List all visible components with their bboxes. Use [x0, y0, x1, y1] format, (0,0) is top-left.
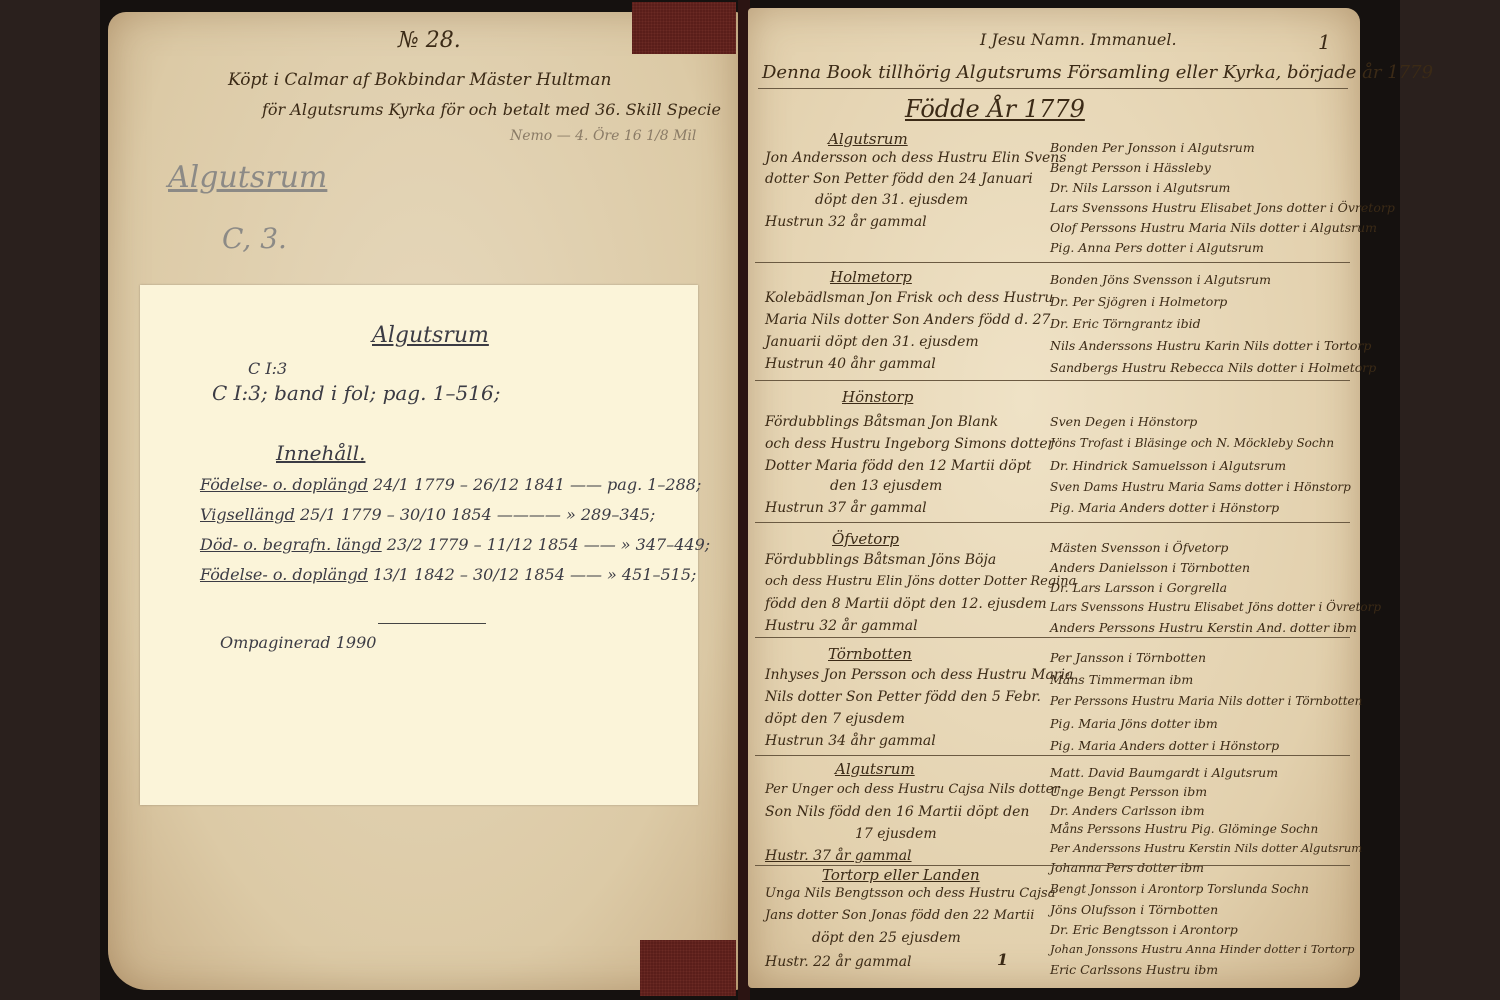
entry-age-line: Hustrun 40 åhr gammal — [765, 356, 936, 372]
entry-godparent: Pig. Maria Anders dotter i Hönstorp — [1050, 738, 1279, 753]
binding-corner-bottom — [640, 940, 736, 996]
entry-godparent: Nils Anderssons Hustru Karin Nils dotter… — [1050, 338, 1371, 353]
entry-godparent: Jöns Olufsson i Törnbotten — [1050, 902, 1218, 917]
entry-godparent: Eric Carlssons Hustru ibm — [1050, 962, 1218, 977]
entry-godparent: Dr. Eric Bengtsson i Arontorp — [1050, 922, 1238, 937]
entry-divider — [755, 262, 1350, 263]
entry-age-line: Hustr. 37 år gammal — [765, 848, 912, 864]
entry-godparent: Bonden Jöns Svensson i Algutsrum — [1050, 272, 1271, 287]
heading-rule — [758, 88, 1348, 89]
entry-godparent: Bonden Per Jonsson i Algutsrum — [1050, 140, 1255, 155]
contents-row: Död- o. begrafn. längd 23/2 1779 – 11/12… — [200, 535, 710, 554]
entry-godparent: Pig. Maria Anders dotter i Hönstorp — [1050, 500, 1279, 515]
contents-from: 23/2 1779 — [387, 535, 469, 554]
entry-baptism-line: döpt den 31. ejusdem — [815, 192, 968, 208]
entry-godparent: Jöns Trofast i Bläsinge och N. Möckleby … — [1050, 436, 1334, 450]
entry-godparent: Dr. Anders Carlsson ibm — [1050, 803, 1205, 818]
entry-godparent: Måns Timmerman ibm — [1050, 672, 1193, 687]
contents-title: Död- o. begrafn. längd — [200, 535, 382, 554]
entry-godparent: Pig. Anna Pers dotter i Algutsrum — [1050, 240, 1264, 255]
entry-godparent: Johan Jonssons Hustru Anna Hinder dotter… — [1050, 942, 1355, 956]
entry-child-line: dotter Son Petter född den 24 Januari — [765, 171, 1033, 187]
entry-godparent: Sven Dams Hustru Maria Sams dotter i Hön… — [1050, 480, 1351, 494]
entry-child-line: Son Nils född den 16 Martii döpt den — [765, 804, 1029, 820]
entry-place: Algutsrum — [828, 130, 908, 148]
contents-title: Födelse- o. doplängd — [200, 565, 368, 584]
volume-number: № 28. — [398, 28, 461, 53]
contents-to: 30/10 1854 — [400, 505, 492, 524]
entry-child-line: och dess Hustru Elin Jöns dotter Dotter … — [765, 574, 1076, 589]
page-number: 1 — [1318, 30, 1331, 54]
footer-page-number: 1 — [997, 950, 1008, 969]
entry-place: Algutsrum — [835, 760, 915, 778]
entry-age-line: Hustrun 34 åhr gammal — [765, 733, 936, 749]
entry-godparent: Unge Bengt Persson ibm — [1050, 784, 1207, 799]
entry-divider — [755, 380, 1350, 381]
contents-to: 30/12 1854 — [473, 565, 565, 584]
entry-godparent: Per Jansson i Törnbotten — [1050, 650, 1206, 665]
card-divider — [378, 623, 486, 624]
entry-godparent: Anders Danielsson i Törnbotten — [1050, 560, 1250, 575]
entry-godparent: Sandbergs Hustru Rebecca Nils dotter i H… — [1050, 360, 1376, 375]
contents-to: 11/12 1854 — [487, 535, 579, 554]
entry-baptism-line: döpt den 7 ejusdem — [765, 711, 905, 727]
entry-godparent: Pig. Maria Jöns dotter ibm — [1050, 716, 1218, 731]
entry-age-line: Hustru 32 år gammal — [765, 618, 918, 634]
entry-parents-line: Kolebädlsman Jon Frisk och dess Hustru — [765, 290, 1053, 306]
entry-divider — [755, 637, 1350, 638]
contents-pages: » 451–515; — [607, 565, 696, 584]
price-note: Nemo — 4. Öre 16 1/8 Mil — [510, 128, 696, 144]
contents-row: Vigsellängd 25/1 1779 – 30/10 1854 ———— … — [200, 505, 655, 524]
entry-godparent: Dr. Eric Törngrantz ibid — [1050, 316, 1201, 331]
card-contents-heading: Innehåll. — [276, 441, 365, 465]
contents-to: 26/12 1841 — [473, 475, 565, 494]
entry-godparent: Anders Perssons Hustru Kerstin And. dott… — [1050, 620, 1357, 635]
entry-child-line: Maria Nils dotter Son Anders född d. 27. — [765, 312, 1055, 328]
entry-godparent: Mästen Svensson i Öfvetorp — [1050, 540, 1228, 555]
register-heading: Denna Book tillhörig Algutsrums Församli… — [762, 62, 1433, 83]
entry-godparent: Per Perssons Hustru Maria Nils dotter i … — [1050, 694, 1362, 708]
entry-godparent: Johanna Pers dotter ibm — [1050, 860, 1204, 875]
contents-from: 13/1 1842 — [373, 565, 455, 584]
entry-godparent: Dr. Lars Larsson i Gorgrella — [1050, 580, 1227, 595]
card-repagination-note: Ompaginerad 1990 — [220, 633, 376, 652]
entry-godparent: Dr. Hindrick Samuelsson i Algutsrum — [1050, 458, 1286, 473]
contents-pages: pag. 1–288; — [607, 475, 701, 494]
invocation: I Jesu Namn. Immanuel. — [980, 30, 1177, 49]
contents-from: 24/1 1779 — [373, 475, 455, 494]
card-title: Algutsrum — [372, 323, 489, 348]
entry-godparent: Bengt Jonsson i Arontorp Torslunda Sochn — [1050, 882, 1309, 896]
entry-child-line: Nils dotter Son Petter född den 5 Febr. — [765, 689, 1041, 705]
entry-divider — [755, 522, 1350, 523]
contents-title: Födelse- o. doplängd — [200, 475, 368, 494]
entry-godparent: Lars Svenssons Hustru Elisabet Jons dott… — [1050, 200, 1395, 215]
entry-godparent: Dr. Nils Larsson i Algutsrum — [1050, 180, 1230, 195]
entry-baptism-line: Januarii döpt den 31. ejusdem — [765, 334, 979, 350]
entry-place: Tortorp eller Landen — [822, 866, 980, 884]
entry-place: Hönstorp — [842, 388, 913, 406]
entry-divider — [755, 755, 1350, 756]
entry-baptism-line: 17 ejusdem — [855, 826, 937, 842]
entry-age-line: Hustrun 37 år gammal — [765, 500, 927, 516]
pencil-shelfmark: C, 3. — [222, 222, 287, 255]
archive-label-card: Algutsrum C I:3 C I:3; band i fol; pag. … — [140, 285, 698, 805]
entry-age-line: Hustrun 32 år gammal — [765, 214, 927, 230]
purchase-note-line-1: Köpt i Calmar af Bokbindar Mäster Hultma… — [228, 70, 611, 90]
entry-baptism-line: döpt den 25 ejusdem — [812, 930, 961, 946]
entry-parents-line: Fördubblings Båtsman Jon Blank — [765, 414, 998, 430]
entry-age-line: Hustr. 22 år gammal — [765, 954, 912, 970]
entry-place: Holmetorp — [830, 268, 912, 286]
entry-godparent: Måns Perssons Hustru Pig. Glöminge Sochn — [1050, 822, 1318, 836]
contents-pages: » 289–345; — [566, 505, 655, 524]
entry-godparent: Matt. David Baumgardt i Algutsrum — [1050, 765, 1278, 780]
entry-parents-line: Fördubblings Båtsman Jöns Böja — [765, 552, 996, 568]
entry-place: Törnbotten — [828, 645, 912, 663]
entry-godparent: Olof Perssons Hustru Maria Nils dotter i… — [1050, 220, 1377, 235]
entry-parents-line: Jon Andersson och dess Hustru Elin Svens — [765, 150, 1066, 166]
entry-child-line: Jans dotter Son Jonas född den 22 Martii — [765, 908, 1034, 923]
entry-parents-line: Inhyses Jon Persson och dess Hustru Mari… — [765, 667, 1073, 683]
entry-baptism-line: född den 8 Martii döpt den 12. ejusdem — [765, 596, 1047, 612]
entry-godparent: Lars Svenssons Hustru Elisabet Jöns dott… — [1050, 600, 1381, 614]
entry-parents-line: och dess Hustru Ingeborg Simons dotter — [765, 436, 1054, 452]
entry-parents-line: Per Unger och dess Hustru Cajsa Nils dot… — [765, 782, 1060, 797]
entry-place: Öfvetorp — [832, 530, 899, 548]
pencil-parish-title: Algutsrum — [168, 160, 327, 195]
card-volume-line: C I:3; band i fol; pag. 1–516; — [212, 381, 500, 405]
contents-pages: » 347–449; — [621, 535, 710, 554]
contents-row: Födelse- o. doplängd 24/1 1779 – 26/12 1… — [200, 475, 701, 494]
entry-parents-line: Unga Nils Bengtsson och dess Hustru Cajs… — [765, 886, 1055, 901]
entry-child-line: Dotter Maria född den 12 Martii döpt — [765, 458, 1031, 474]
card-shelfmark-blue: C I:3 — [248, 359, 287, 378]
contents-title: Vigsellängd — [200, 505, 295, 524]
contents-from: 25/1 1779 — [300, 505, 382, 524]
register-subheading: Födde År 1779 — [905, 95, 1085, 123]
contents-row: Födelse- o. doplängd 13/1 1842 – 30/12 1… — [200, 565, 696, 584]
entry-baptism-line: den 13 ejusdem — [830, 478, 942, 494]
entry-godparent: Dr. Per Sjögren i Holmetorp — [1050, 294, 1227, 309]
purchase-note-line-2: för Algutsrums Kyrka för och betalt med … — [262, 100, 721, 119]
entry-godparent: Bengt Persson i Hässleby — [1050, 160, 1211, 175]
binding-corner-top — [632, 2, 736, 54]
entry-godparent: Sven Degen i Hönstorp — [1050, 414, 1197, 429]
entry-godparent: Per Anderssons Hustru Kerstin Nils dotte… — [1050, 841, 1362, 855]
